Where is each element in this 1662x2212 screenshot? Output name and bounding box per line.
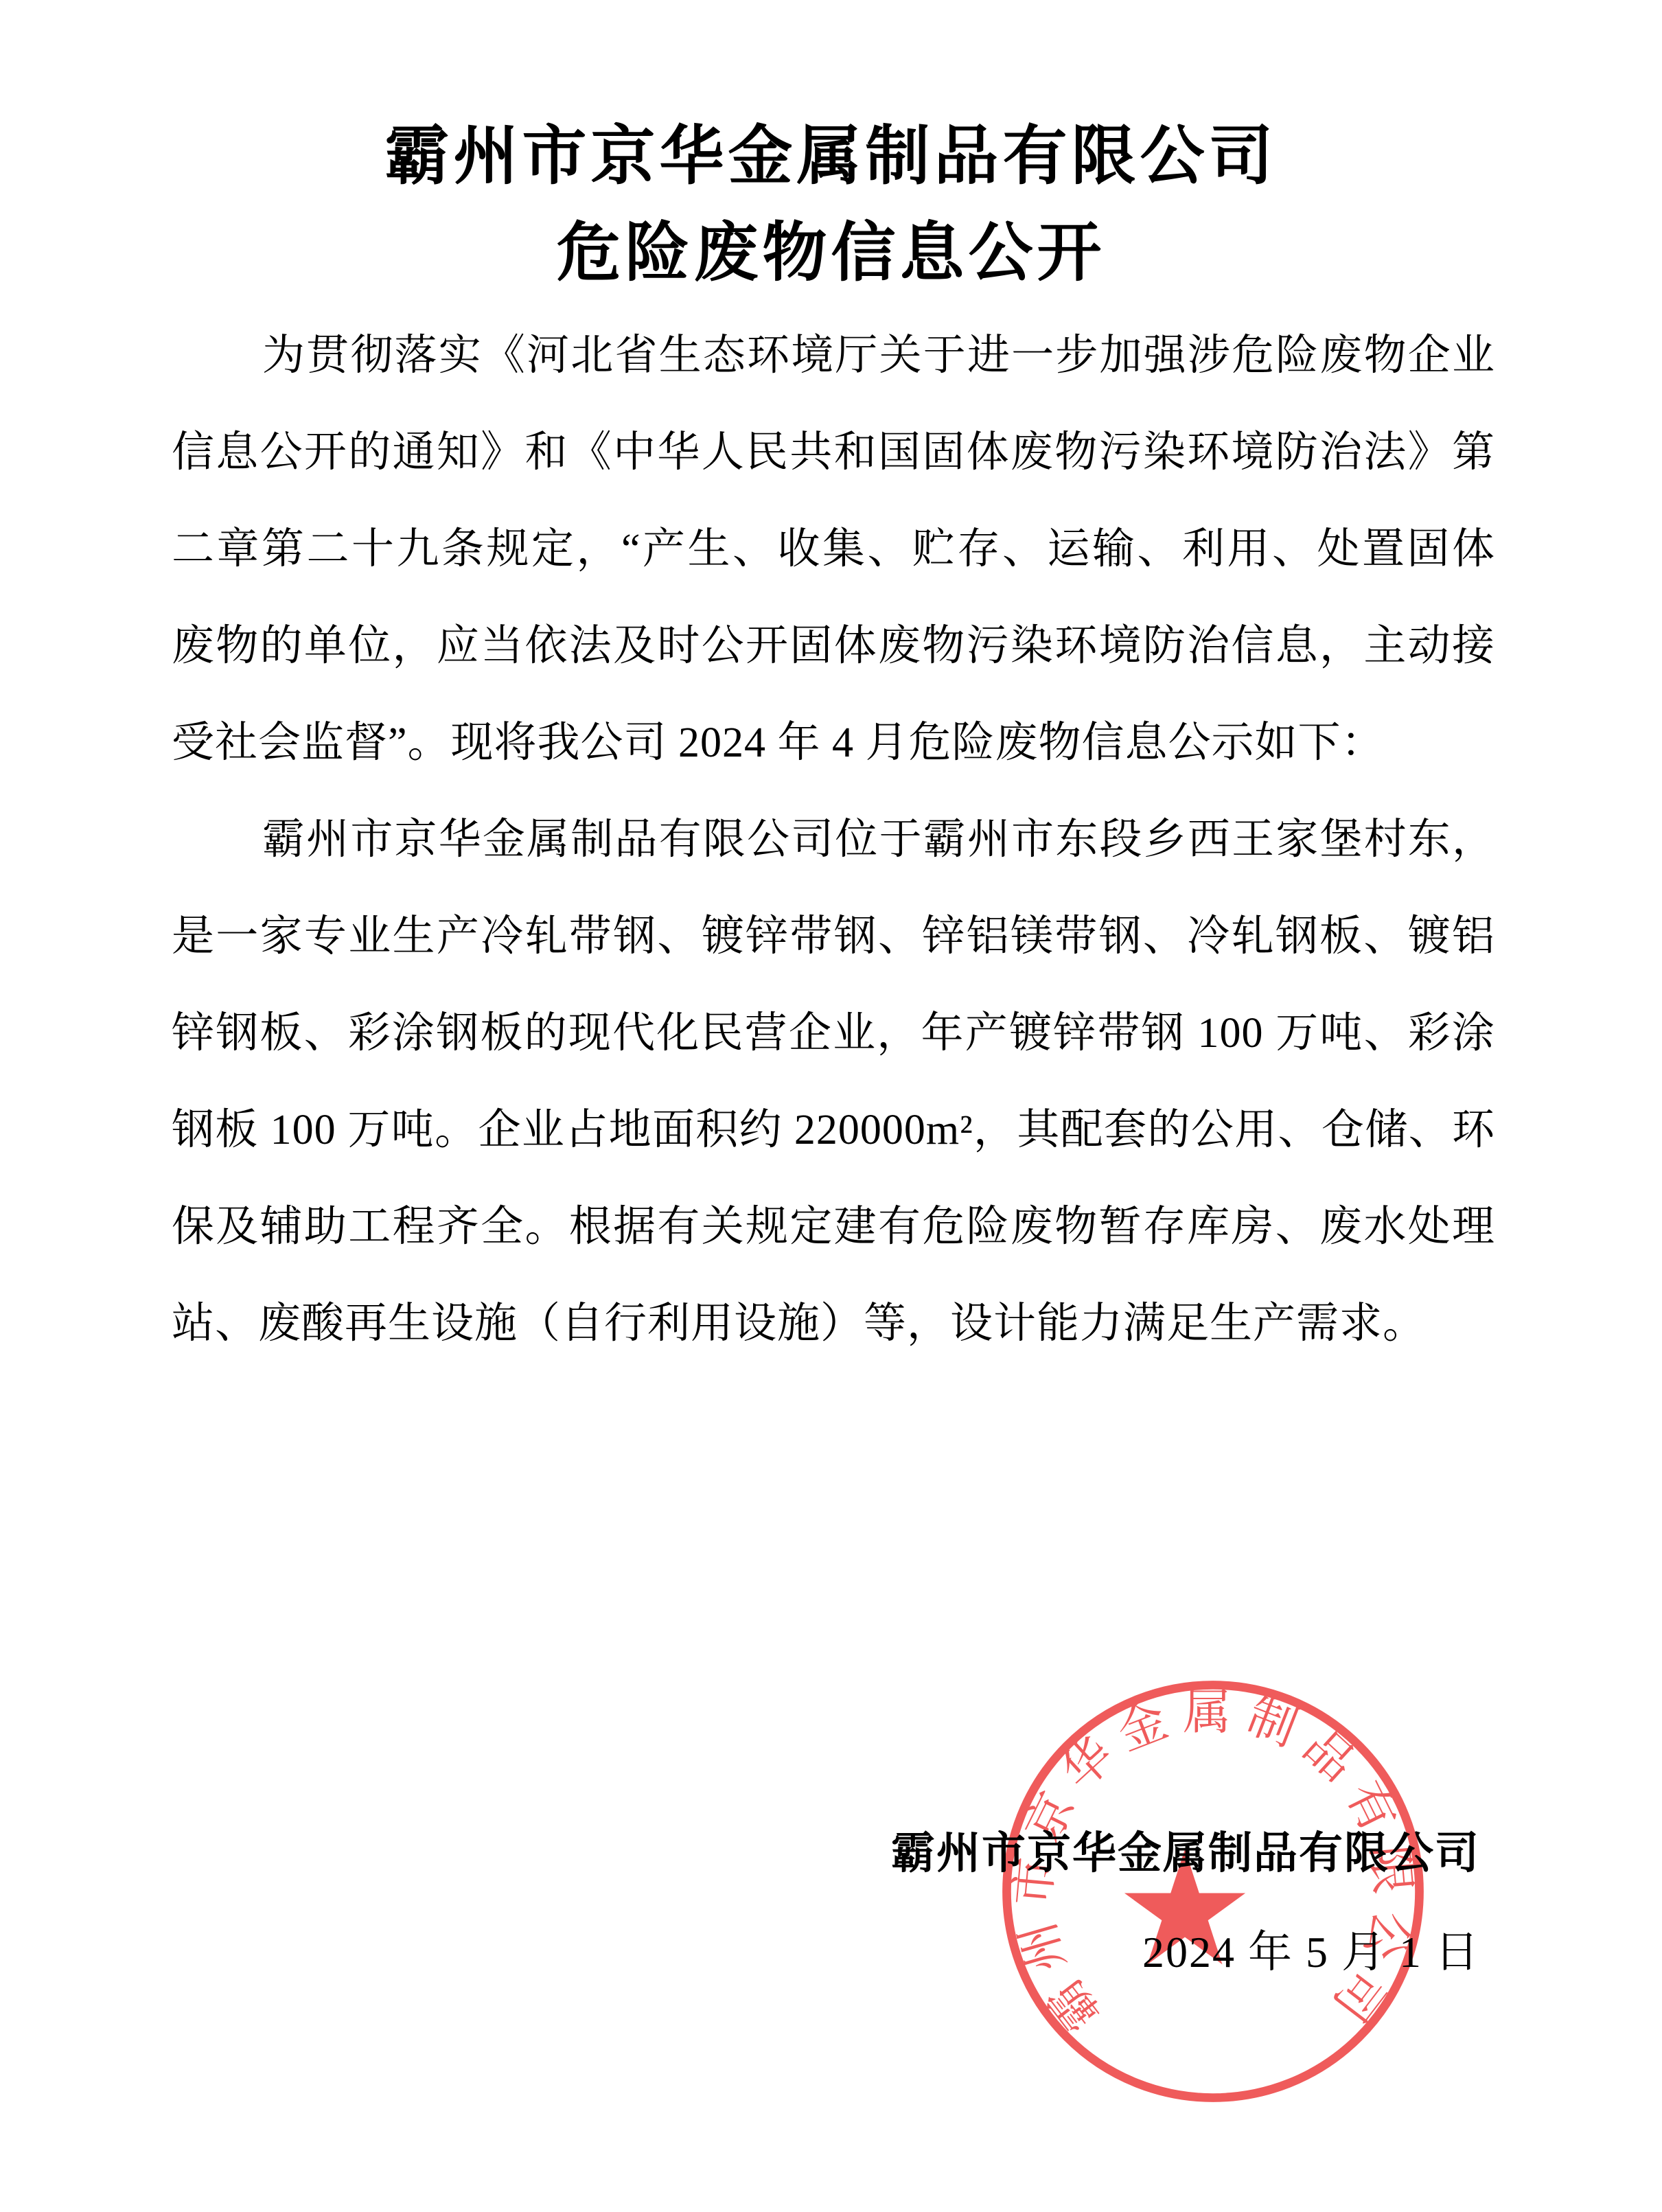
body-line: 保及辅助工程齐全。根据有关规定建有危险废物暂存库房、废水处理 [172, 1179, 1495, 1276]
document-title-company: 霸州市京华金属制品有限公司 [0, 108, 1662, 205]
document-title-subject: 危险废物信息公开 [0, 205, 1662, 302]
body-line: 站、废酸再生设施（自行利用设施）等，设计能力满足生产需求。 [172, 1276, 1495, 1372]
body-text: 为贯彻落实《河北省生态环境厅关于进一步加强涉危险废物企业信息公开的通知》和《中华… [172, 308, 1495, 1372]
signature-date: 2024 年 5 月 1 日 [1142, 1928, 1480, 1977]
company-seal: 霸州市京华金属制品有限公司 [992, 1670, 1434, 2112]
body-line: 钢板 100 万吨。企业占地面积约 220000m²，其配套的公用、仓储、环 [172, 1082, 1495, 1179]
body-line: 受社会监督”。现将我公司 2024 年 4 月危险废物信息公示如下： [172, 695, 1495, 792]
body-line: 是一家专业生产冷轧带钢、镀锌带钢、锌铝镁带钢、冷轧钢板、镀铝 [172, 888, 1495, 985]
body-line: 二章第二十九条规定，“产生、收集、贮存、运输、利用、处置固体 [172, 501, 1495, 598]
body-line: 锌钢板、彩涂钢板的现代化民营企业，年产镀锌带钢 100 万吨、彩涂 [172, 985, 1495, 1082]
body-line: 霸州市京华金属制品有限公司位于霸州市东段乡西王家堡村东， [172, 792, 1495, 888]
signature-company-name: 霸州市京华金属制品有限公司 [891, 1829, 1480, 1878]
body-line: 废物的单位，应当依法及时公开固体废物污染环境防治信息，主动接 [172, 598, 1495, 695]
document-page: 霸州市京华金属制品有限公司 危险废物信息公开 为贯彻落实《河北省生态环境厅关于进… [0, 0, 1662, 2212]
body-line: 为贯彻落实《河北省生态环境厅关于进一步加强涉危险废物企业 [172, 308, 1495, 404]
body-line: 信息公开的通知》和《中华人民共和国固体废物污染环境防治法》第 [172, 404, 1495, 501]
